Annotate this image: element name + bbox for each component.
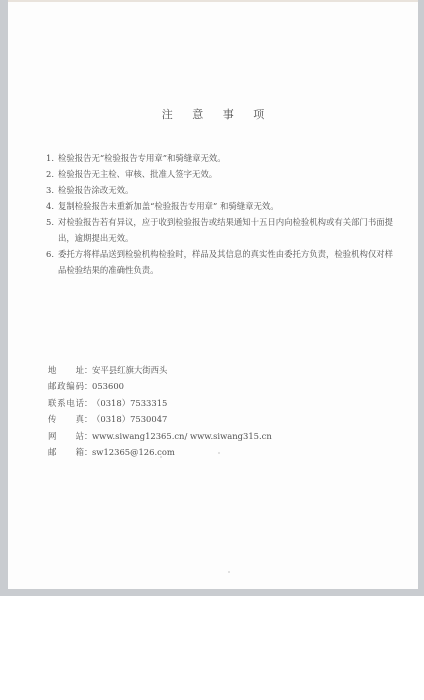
contact-phone: 联系电话：（0318）7533315 xyxy=(48,395,272,411)
note-number: 5. xyxy=(46,214,54,230)
contact-value: www.siwang12365.cn/ www.siwang315.cn xyxy=(92,428,272,444)
contact-value: 053600 xyxy=(92,378,124,394)
note-text: 复制检验报告未重新加盖“检验报告专用章” 和骑缝章无效。 xyxy=(58,201,279,211)
note-text: 检验报告无主检、审核、批准人签字无效。 xyxy=(58,169,217,179)
contact-block: 地址：安平县红旗大街西头 邮政编码：053600 联系电话：（0318）7533… xyxy=(48,362,272,460)
note-number: 6. xyxy=(46,246,54,262)
contact-value: （0318）7530047 xyxy=(92,411,167,427)
contact-value: 安平县红旗大街西头 xyxy=(92,362,167,378)
contact-address: 地址：安平县红旗大街西头 xyxy=(48,362,272,378)
note-number: 1. xyxy=(46,150,54,166)
contact-postcode: 邮政编码：053600 xyxy=(48,378,272,394)
contact-value: （0318）7533315 xyxy=(92,395,167,411)
note-text: 对检验报告若有异议，应于收到检验报告或结果通知十五日内向检验机构或有关部门书面提… xyxy=(58,217,393,243)
document-page: 注 意 事 项 1.检验报告无“检验报告专用章”和骑缝章无效。 2.检验报告无主… xyxy=(8,0,418,589)
note-item: 5.对检验报告若有异议，应于收到检验报告或结果通知十五日内向检验机构或有关部门书… xyxy=(46,214,396,246)
note-item: 6.委托方将样品送到检验机构检验时，样品及其信息的真实性由委托方负责，检验机构仅… xyxy=(46,246,396,278)
contact-label: 邮政编码 xyxy=(48,378,84,394)
contact-fax: 传真：（0318）7530047 xyxy=(48,411,272,427)
note-item: 2.检验报告无主检、审核、批准人签字无效。 xyxy=(46,166,396,182)
note-item: 3.检验报告涂改无效。 xyxy=(46,182,396,198)
contact-label: 网站 xyxy=(48,428,84,444)
page-title: 注 意 事 项 xyxy=(8,106,418,122)
note-text: 检验报告涂改无效。 xyxy=(58,185,133,195)
contact-label: 地址 xyxy=(48,362,84,378)
note-number: 4. xyxy=(46,198,54,214)
contact-label: 联系电话 xyxy=(48,395,84,411)
note-number: 3. xyxy=(46,182,54,198)
scan-frame: 注 意 事 项 1.检验报告无“检验报告专用章”和骑缝章无效。 2.检验报告无主… xyxy=(0,0,424,596)
contact-label: 邮箱 xyxy=(48,444,84,460)
contact-value: sw12365@126.com xyxy=(92,444,175,460)
contact-website: 网站：www.siwang12365.cn/ www.siwang315.cn xyxy=(48,428,272,444)
note-text: 委托方将样品送到检验机构检验时，样品及其信息的真实性由委托方负责，检验机构仅对样… xyxy=(58,249,393,275)
note-item: 1.检验报告无“检验报告专用章”和骑缝章无效。 xyxy=(46,150,396,166)
contact-label: 传真 xyxy=(48,411,84,427)
note-number: 2. xyxy=(46,166,54,182)
notes-list: 1.检验报告无“检验报告专用章”和骑缝章无效。 2.检验报告无主检、审核、批准人… xyxy=(46,150,396,278)
note-item: 4.复制检验报告未重新加盖“检验报告专用章” 和骑缝章无效。 xyxy=(46,198,396,214)
note-text: 检验报告无“检验报告专用章”和骑缝章无效。 xyxy=(58,153,226,163)
